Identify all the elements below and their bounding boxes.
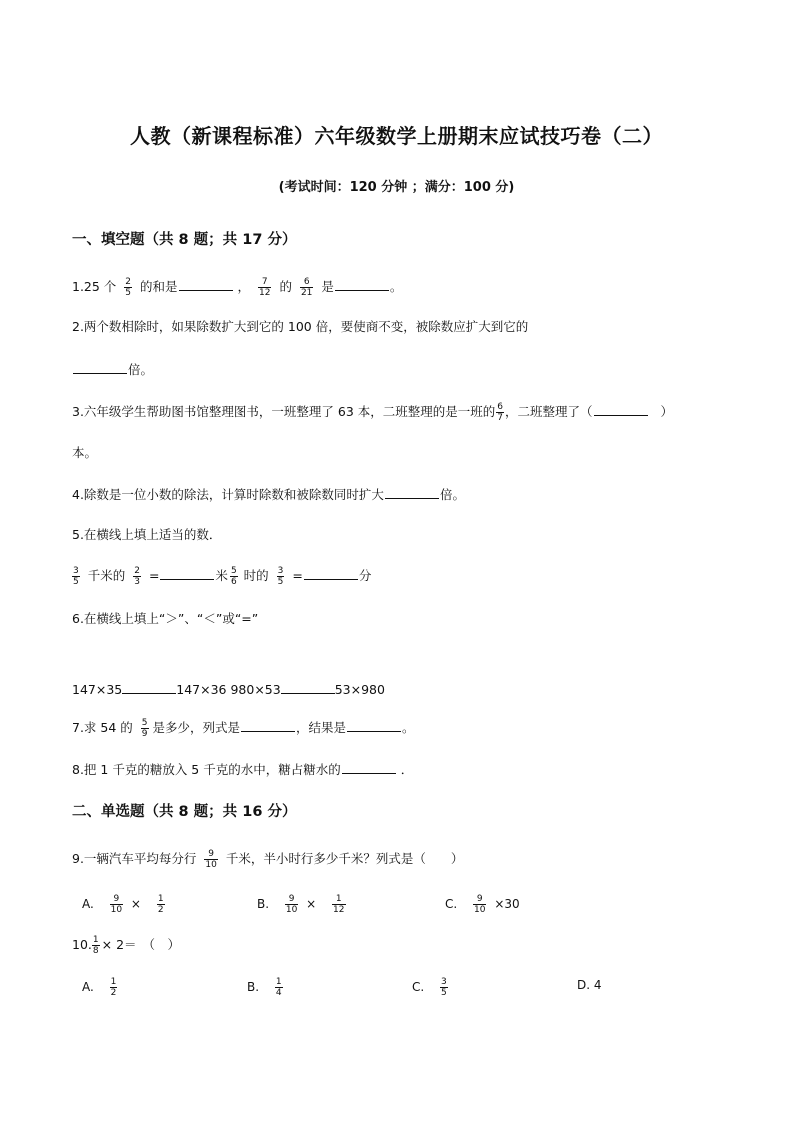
q10-option-b[interactable]: B. 14 — [247, 977, 287, 998]
fraction: 23 — [133, 566, 141, 587]
question-3-line2: 本。 — [72, 445, 97, 461]
exam-info: (考试时间：120 分钟 ；满分：100 分) — [0, 176, 793, 195]
fraction: 910 — [473, 894, 486, 915]
fraction: 59 — [141, 718, 149, 739]
fraction: 621 — [300, 277, 313, 298]
question-7: 7.求 54 的 59是多少，列式是，结果是。 — [72, 718, 415, 739]
fraction: 12 — [110, 977, 118, 998]
answer-blank[interactable] — [594, 403, 648, 416]
fraction: 67 — [496, 402, 504, 423]
q10-option-a[interactable]: A. 12 — [82, 977, 121, 998]
question-6-line2: 147×35147×36 980×5353×980 — [72, 681, 385, 698]
question-1: 1.25 个 25 的和是 ， 712 的 621 是。 — [72, 277, 402, 298]
q10-option-d[interactable]: D. 4 — [577, 977, 602, 993]
question-10: 10.18× 2＝（ ） — [72, 935, 180, 956]
fraction: 910 — [204, 849, 217, 870]
question-5-line2: 35 千米的 23 =米56 时的 35 =分 — [72, 566, 371, 587]
question-2: 2.两个数相除时，如果除数扩大到它的 100 倍，要使商不变，被除数应扩大到它的 — [72, 319, 528, 335]
answer-blank[interactable] — [241, 719, 295, 732]
question-8: 8.把 1 千克的糖放入 5 千克的水中，糖占糖水的． — [72, 761, 413, 778]
q10-option-c[interactable]: C. 35 — [412, 977, 452, 998]
question-3: 3.六年级学生帮助图书馆整理图书，一班整理了 63 本，二班整理的是一班的67，… — [72, 402, 673, 423]
question-9: 9.一辆汽车平均每分行 910 千米，半小时行多少千米？列式是（ ） — [72, 849, 463, 870]
fraction: 35 — [440, 977, 448, 998]
fraction: 25 — [124, 277, 132, 298]
answer-blank[interactable] — [304, 567, 358, 580]
q9-option-b[interactable]: B. 910 × 112 — [257, 894, 350, 915]
answer-blank[interactable] — [73, 361, 127, 374]
page-title: 人教（新课程标准）六年级数学上册期末应试技巧卷（二） — [0, 120, 793, 149]
fraction: 56 — [230, 566, 238, 587]
q9-option-a[interactable]: A. 910 × 12 — [82, 894, 169, 915]
question-6: 6.在横线上填上“＞”、“＜”或“=” — [72, 611, 258, 627]
answer-blank[interactable] — [160, 567, 214, 580]
answer-blank[interactable] — [342, 761, 396, 774]
answer-blank[interactable] — [179, 278, 233, 291]
answer-blank[interactable] — [347, 719, 401, 732]
fraction: 12 — [157, 894, 165, 915]
question-5: 5.在横线上填上适当的数． — [72, 527, 221, 543]
q1-prefix: 1.25 个 — [72, 279, 116, 294]
answer-blank[interactable] — [281, 681, 335, 694]
fraction: 35 — [72, 566, 80, 587]
answer-blank[interactable] — [335, 278, 389, 291]
fraction: 112 — [332, 894, 345, 915]
fraction: 14 — [275, 977, 283, 998]
answer-blank[interactable] — [385, 486, 439, 499]
fraction: 910 — [285, 894, 298, 915]
fraction: 910 — [110, 894, 123, 915]
answer-blank[interactable] — [122, 681, 176, 694]
section-heading-fill-in: 一、填空题（共 8 题；共 17 分） — [72, 228, 296, 249]
section-heading-single-choice: 二、单选题（共 8 题；共 16 分） — [72, 800, 296, 821]
question-4: 4.除数是一位小数的除法，计算时除数和被除数同时扩大倍。 — [72, 486, 465, 503]
q9-option-c[interactable]: C. 910 ×30 — [445, 894, 520, 915]
question-2-line2: 倍。 — [72, 361, 153, 378]
fraction: 35 — [277, 566, 285, 587]
fraction: 18 — [92, 935, 100, 956]
fraction: 712 — [258, 277, 271, 298]
